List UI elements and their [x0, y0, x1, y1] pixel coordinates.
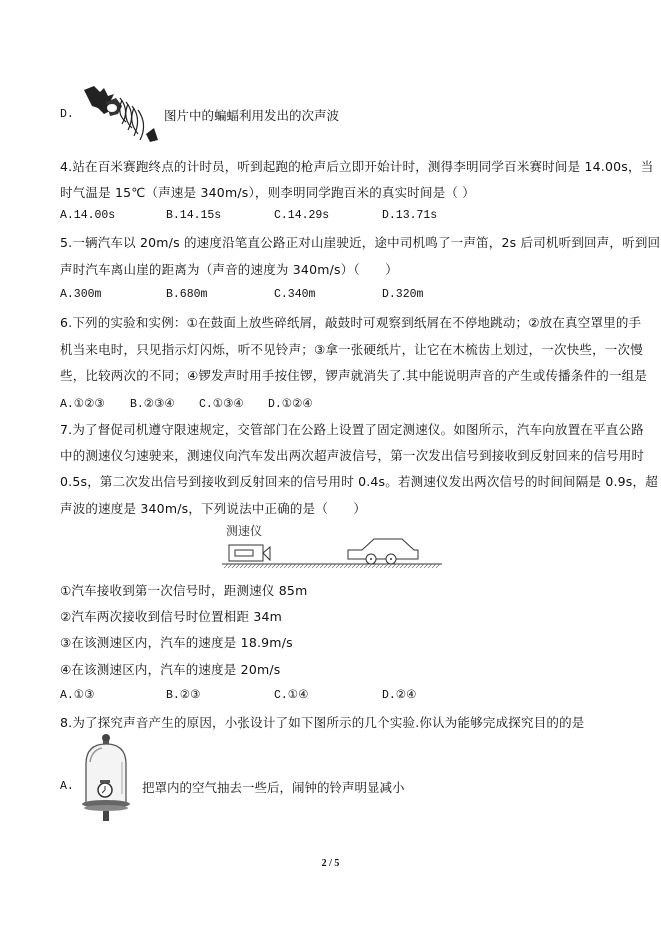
option-b[interactable]: B.②③	[166, 687, 200, 702]
bell-jar-alarm-clock-icon	[74, 732, 138, 828]
option-d[interactable]: D.①②④	[268, 396, 313, 411]
option-d[interactable]: D.320m	[382, 288, 423, 301]
option-a[interactable]: A.①③	[60, 687, 94, 702]
question-text-line: 声波的速度是 340m/s，下列说法中正确的是（ ）	[60, 499, 366, 517]
option-text: 图片中的蝙蝠利用发出的次声波	[164, 106, 339, 124]
page-indicator: 2 / 5	[0, 858, 661, 869]
question-text-line: 6.下列的实验和实例：①在鼓面上放些碎纸屑，敲鼓时可观察到纸屑在不停地跳动；②放…	[60, 313, 641, 331]
option-a[interactable]: A.300m	[60, 288, 101, 301]
speed-detector-icon	[220, 522, 442, 572]
option-b[interactable]: B.②③④	[130, 396, 175, 411]
option-label: D.	[60, 108, 74, 121]
question-text-line: 机当来电时，只见指示灯闪烁，听不见铃声；③拿一张硬纸片，让它在木梳齿上划过，一次…	[60, 340, 643, 358]
car-icon	[348, 539, 418, 564]
option-label: A.	[60, 780, 74, 793]
option-c[interactable]: C.340m	[274, 288, 315, 301]
option-c[interactable]: C.①③④	[199, 396, 244, 411]
statement-2: ②汽车两次接收到信号时位置相距 34m	[60, 607, 282, 625]
option-b[interactable]: B.14.15s	[166, 209, 221, 222]
option-c[interactable]: C.14.29s	[274, 209, 329, 222]
statement-4: ④在该测速区内，汽车的速度是 20m/s	[60, 660, 281, 678]
option-d[interactable]: D.13.71s	[382, 209, 437, 222]
option-a[interactable]: A.①②③	[60, 396, 105, 411]
option-b[interactable]: B.680m	[166, 288, 207, 301]
question-text-line: 8.为了探究声音产生的原因，小张设计了如下图所示的几个实验.你认为能够完成探究目…	[60, 713, 585, 731]
option-c[interactable]: C.①④	[274, 687, 308, 702]
q3-option-d: D. 图片中的蝙蝠利用发出的次声波	[60, 84, 480, 146]
statement-3: ③在该测速区内，汽车的速度是 18.9m/s	[60, 633, 293, 651]
q8-option-a: A. 把罩内的空气抽去一些后，闹钟的铃声明显减小	[60, 732, 440, 828]
question-text-line: 中的测速仪匀速驶来，测速仪向汽车发出两次超声波信号，第一次发出信号到接收到反射回…	[60, 446, 644, 464]
option-d[interactable]: D.②④	[382, 687, 416, 702]
question-text-line: 些，比较两次的不同；④锣发声时用手按住锣，锣声就消失了.其中能说明声音的产生或传…	[60, 366, 647, 384]
question-text-line: 5.一辆汽车以 20m/s 的速度沿笔直公路正对山崖驶近，途中司机鸣了一声笛，2…	[60, 233, 660, 251]
speed-detector-figure: 测速仪	[220, 522, 442, 572]
bat-echolocation-icon	[82, 84, 162, 146]
option-a[interactable]: A.14.00s	[60, 209, 115, 222]
question-text-line: 0.5s，第二次发出信号到接收到反射回来的信号用时 0.4s。若测速仪发出两次信…	[60, 472, 658, 490]
question-text-line: 时气温是 15℃（声速是 340m/s），则李明同学跑百米的真实时间是（ ）	[60, 183, 475, 201]
statement-1: ①汽车接收到第一次信号时，距测速仪 85m	[60, 581, 307, 599]
option-text: 把罩内的空气抽去一些后，闹钟的铃声明显减小	[142, 778, 405, 796]
question-text-line: 声时汽车离山崖的距离为（声音的速度为 340m/s）（ ）	[60, 260, 398, 278]
question-text-line: 7.为了督促司机遵守限速规定，交管部门在公路上设置了固定测速仪。如图所示，汽车向…	[60, 420, 644, 438]
question-text-line: 4.站在百米赛跑终点的计时员，听到起跑的枪声后立即开始计时，测得李明同学百米赛时…	[60, 157, 653, 175]
